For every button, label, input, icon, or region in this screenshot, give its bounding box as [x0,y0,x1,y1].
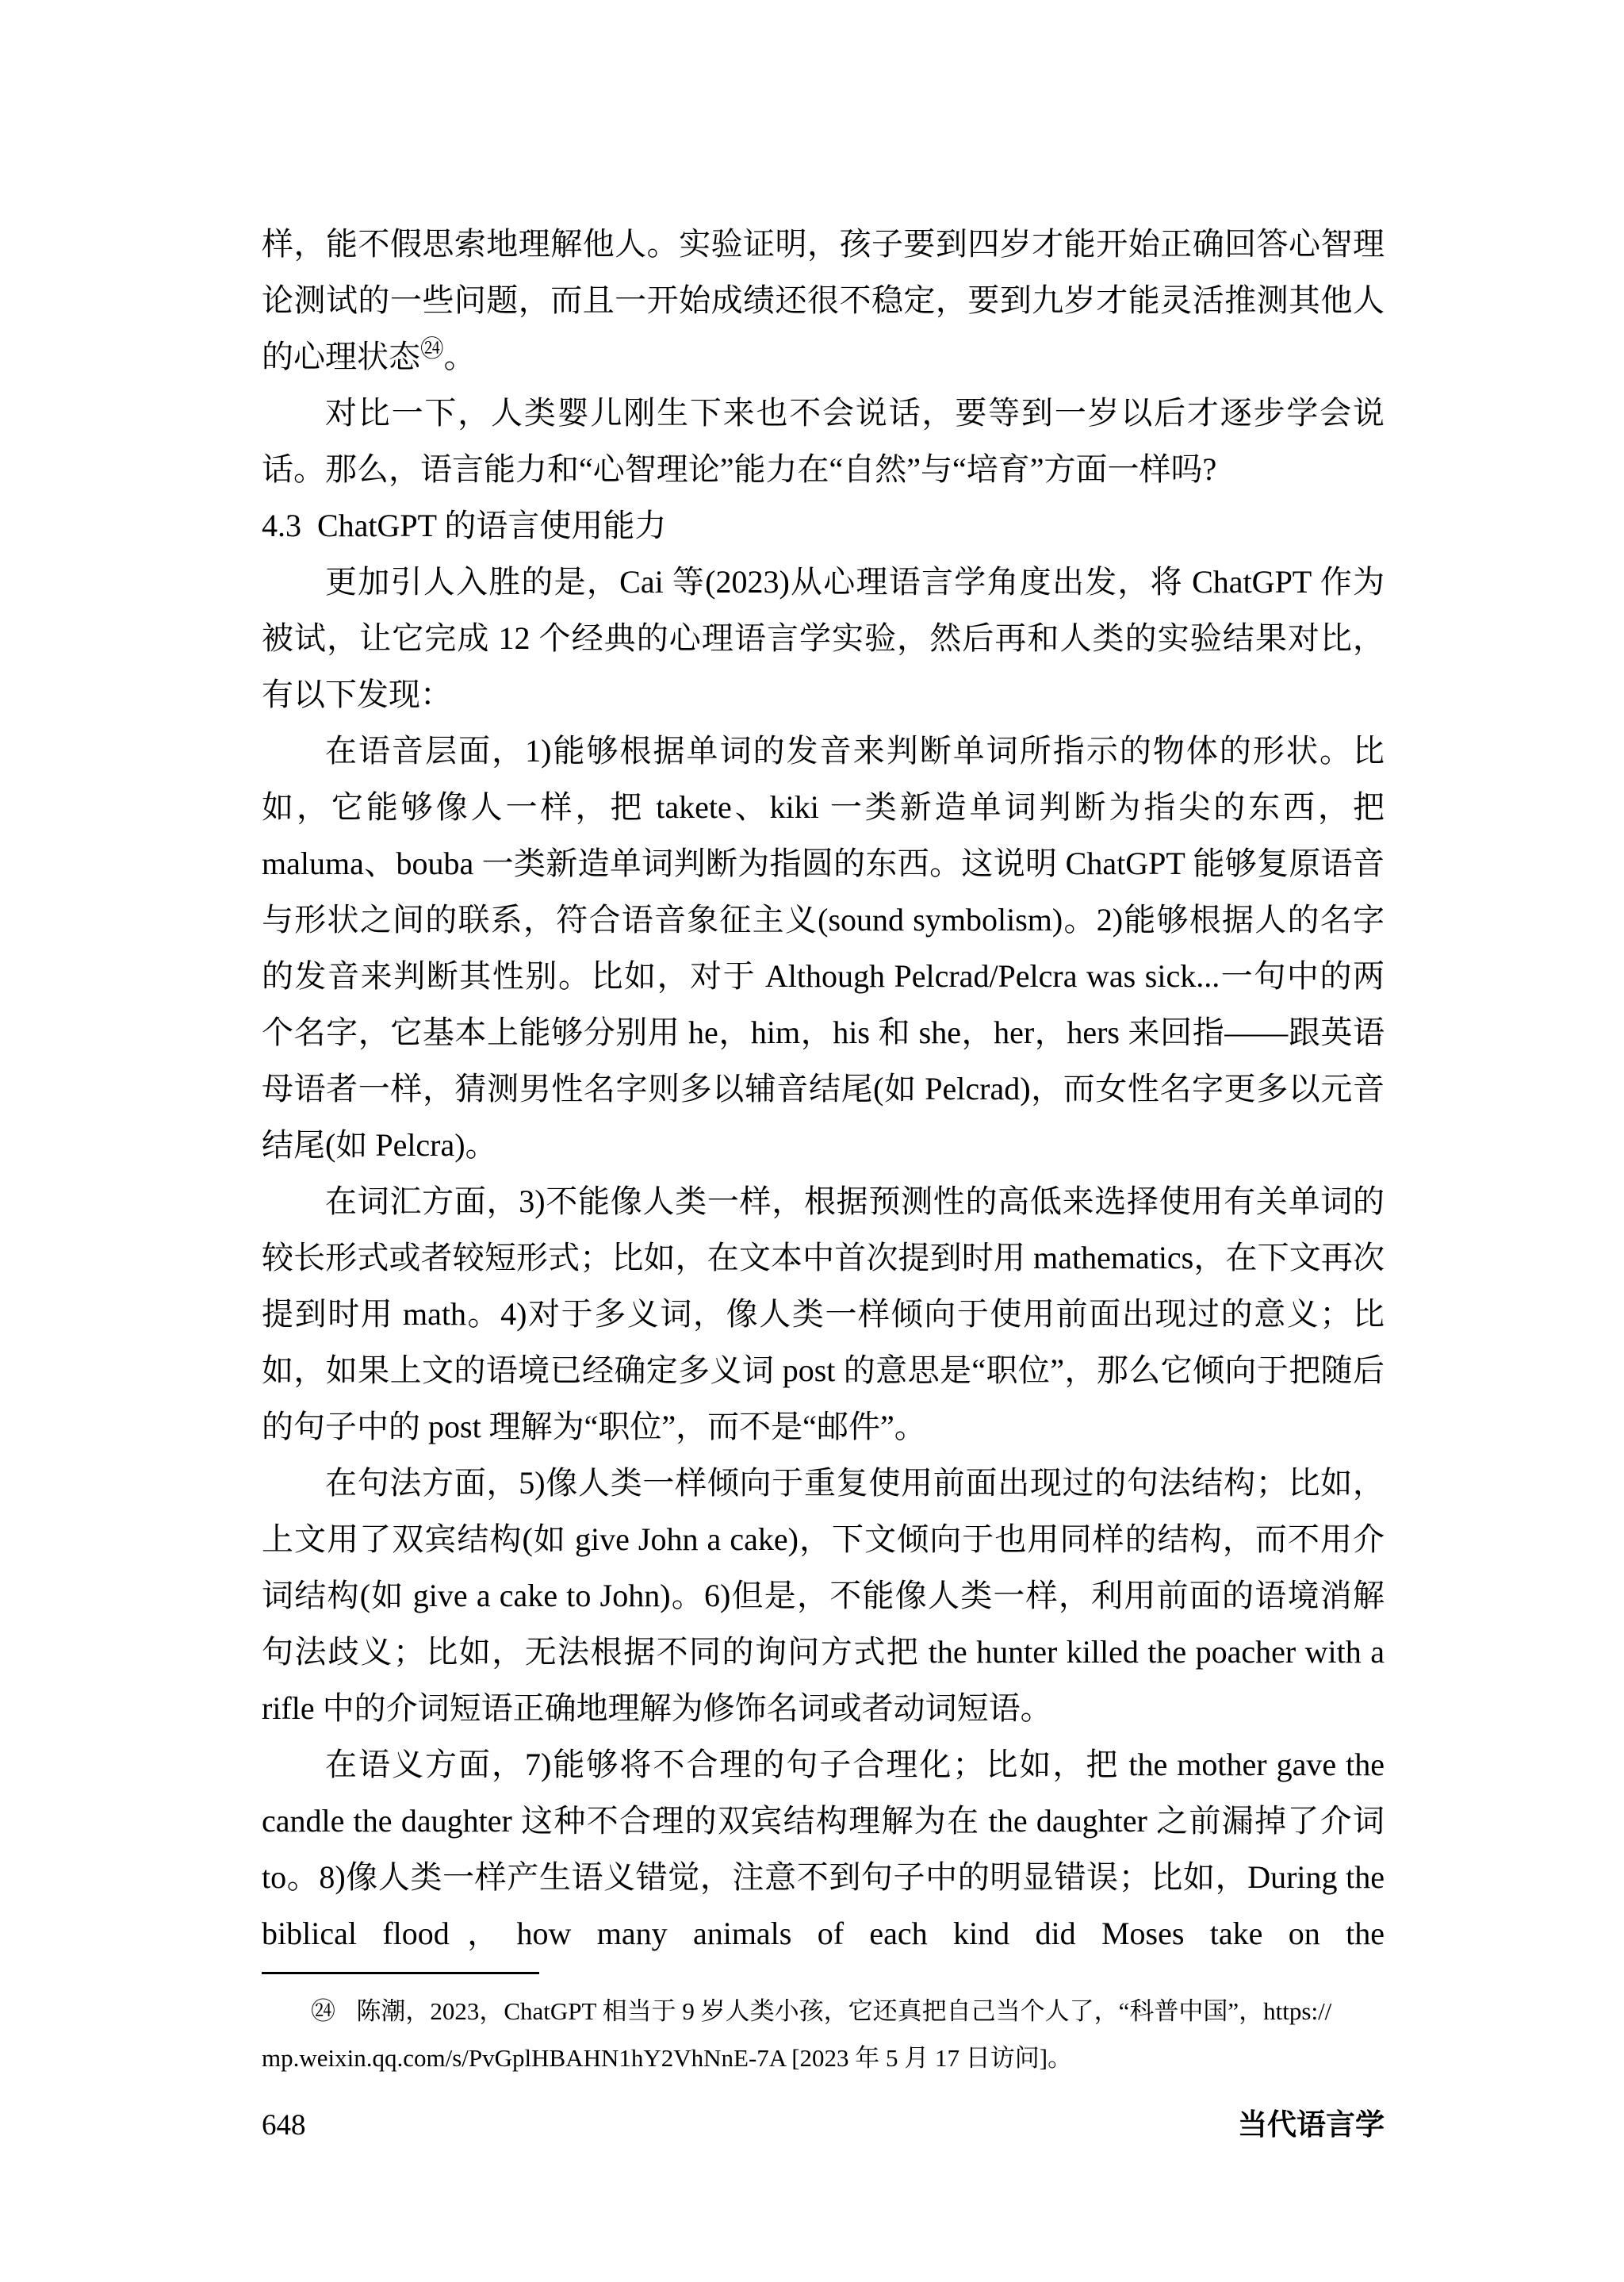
para-human-infant-comparison: 对比一下，人类婴儿刚生下来也不会说话，要等到一岁以后才逐步学会说话。那么，语言能… [262,385,1385,497]
para-cai-2023-intro: 更加引人入胜的是，Cai 等(2023)从心理语言学角度出发，将 ChatGPT… [262,554,1385,723]
footnote: ㉔陈潮，2023，ChatGPT 相当于 9 岁人类小孩，它还真把自己当个人了，… [262,1988,1385,2081]
page-footer: 648 当代语言学 [262,2108,1385,2143]
text-run: 更加引人入胜的是，Cai 等(2023)从心理语言学角度出发，将 ChatGPT… [262,564,1385,712]
text-run: 在词汇方面，3)不能像人类一样，根据预测性的高低来选择使用有关单词的较长形式或者… [262,1183,1385,1444]
text-run: 在句法方面，5)像人类一样倾向于重复使用前面出现过的句法结构；比如，上文用了双宾… [262,1465,1385,1726]
journal-name: 当代语言学 [1238,2108,1385,2143]
body-text: 样，能不假思索地理解他人。实验证明，孩子要到四岁才能开始正确回答心智理论测试的一… [262,216,1385,1962]
footnote-text-line1: 陈潮，2023，ChatGPT 相当于 9 岁人类小孩，它还真把自己当个人了，“… [356,1997,1331,2025]
para-lexicon-findings: 在词汇方面，3)不能像人类一样，根据预测性的高低来选择使用有关单词的较长形式或者… [262,1173,1385,1455]
text-run: 对比一下，人类婴儿刚生下来也不会说话，要等到一岁以后才逐步学会说话。那么，语言能… [262,395,1385,487]
page-number: 648 [262,2108,306,2143]
para-phonetics-findings: 在语音层面，1)能够根据单词的发音来判断单词所指示的物体的形状。比如，它能够像人… [262,723,1385,1173]
footnote-reference-mark: ㉔ [420,337,444,362]
text-run: 在语义方面，7)能够将不合理的句子合理化；比如，把 the mother gav… [262,1747,1385,1951]
para-syntax-findings: 在句法方面，5)像人类一样倾向于重复使用前面出现过的句法结构；比如，上文用了双宾… [262,1455,1385,1736]
para-semantics-findings: 在语义方面，7)能够将不合理的句子合理化；比如，把 the mother gav… [262,1736,1385,1962]
text-run: 在语音层面，1)能够根据单词的发音来判断单词所指示的物体的形状。比如，它能够像人… [262,733,1385,1163]
footnote-mark: ㉔ [311,1997,335,2025]
footnote-divider [262,1972,539,1974]
footnote-text-line2: mp.weixin.qq.com/s/PvGplHBAHN1hY2VhNnE-7… [262,2044,1072,2072]
para-theory-of-mind-continuation: 样，能不假思索地理解他人。实验证明，孩子要到四岁才能开始正确回答心智理论测试的一… [262,216,1385,385]
text-run: 。 [444,339,476,374]
section-heading-4-3: 4.3 ChatGPT 的语言使用能力 [262,497,1385,554]
document-page: 样，能不假思索地理解他人。实验证明，孩子要到四岁才能开始正确回答心智理论测试的一… [0,0,1624,2282]
text-run: 4.3 ChatGPT 的语言使用能力 [262,508,666,543]
